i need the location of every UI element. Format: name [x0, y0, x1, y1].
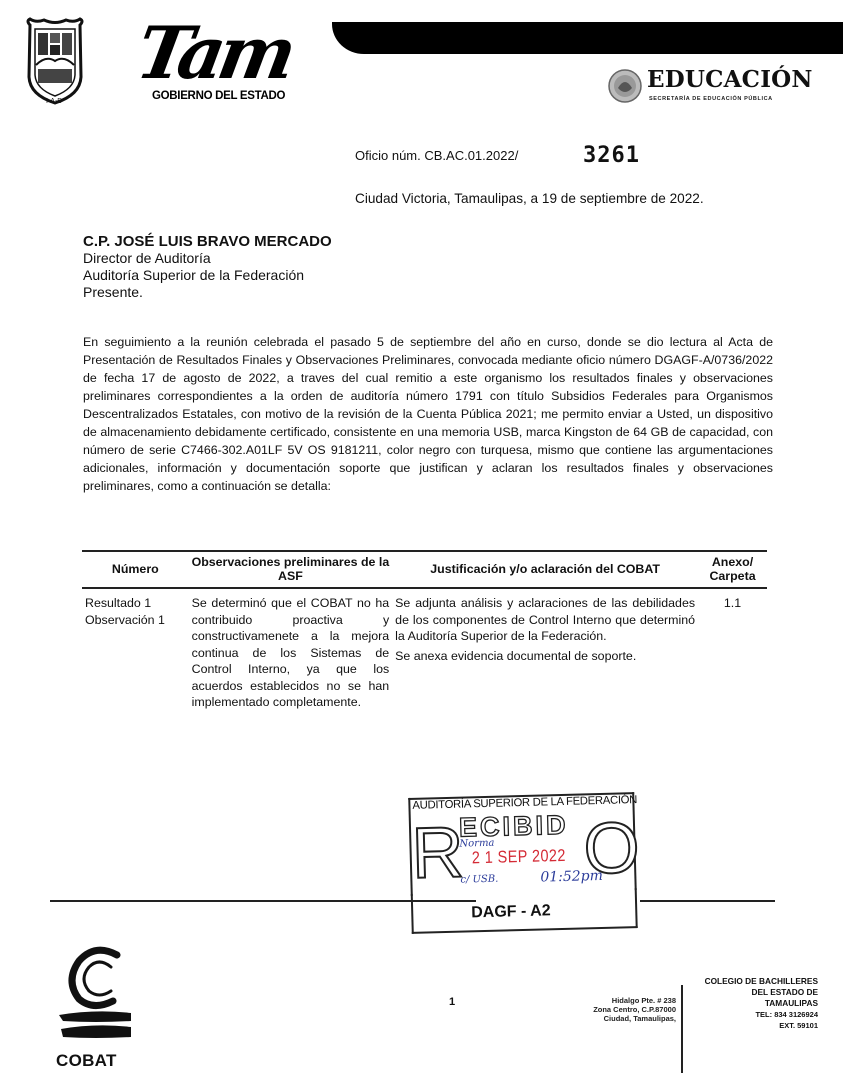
oficio-number: 3261: [583, 143, 640, 168]
justificacion-paragraph: Se anexa evidencia documental de soporte…: [395, 648, 695, 665]
cobat-logo-text: COBAT: [56, 1051, 117, 1071]
addressee-organization: Auditoría Superior de la Federación: [83, 267, 332, 284]
stamp-date: 2 1 SEP 2022: [472, 846, 567, 868]
observacion-text: Se determinó que el COBAT no ha contribu…: [192, 595, 390, 711]
column-header-observaciones: Observaciones preliminares de la ASF: [189, 551, 393, 588]
justificacion-paragraph: Se adjunta análisis y aclaraciones de la…: [395, 595, 695, 645]
cell-observacion: Se determinó que el COBAT no ha contribu…: [189, 588, 393, 711]
oficio-label: Oficio núm. CB.AC.01.2022/: [355, 148, 518, 163]
column-header-anexo: Anexo/ Carpeta: [698, 551, 767, 588]
footer-organization: COLEGIO DE BACHILLERES DEL ESTADO DE TAM…: [692, 976, 818, 1031]
stamp-handwritten-time: 01:52pm: [540, 868, 603, 886]
address-line: Zona Centro, C.P.87000: [560, 1005, 676, 1014]
observacion-label: Observación 1: [85, 612, 186, 629]
footer-extension: EXT. 59101: [692, 1020, 818, 1031]
observations-table: Número Observaciones preliminares de la …: [82, 550, 767, 711]
tamaulipas-coat-of-arms-icon: I-A-D: [24, 17, 86, 105]
stamp-handwritten-note: c/ USB.: [460, 874, 498, 886]
address-line: Ciudad, Tamaulipas,: [560, 1014, 676, 1023]
address-line: Hidalgo Pte. # 238: [560, 996, 676, 1005]
table-row: Resultado 1 Observación 1 Se determinó q…: [82, 588, 767, 711]
column-header-numero: Número: [82, 551, 189, 588]
table-header-row: Número Observaciones preliminares de la …: [82, 551, 767, 588]
salutation: Presente.: [83, 284, 332, 301]
footer-address: Hidalgo Pte. # 238 Zona Centro, C.P.8700…: [560, 996, 676, 1023]
org-name-line: TAMAULIPAS: [692, 998, 818, 1009]
addressee-block: C.P. JOSÉ LUIS BRAVO MERCADO Director de…: [83, 233, 332, 301]
cell-anexo: 1.1: [698, 588, 767, 711]
addressee-name: C.P. JOSÉ LUIS BRAVO MERCADO: [83, 233, 332, 250]
header-decorative-bar: [332, 22, 843, 54]
mexico-national-seal-icon: [608, 66, 642, 106]
svg-text:I-A-D: I-A-D: [46, 98, 62, 105]
place-and-date: Ciudad Victoria, Tamaulipas, a 19 de sep…: [355, 191, 704, 206]
footer-phone: TEL: 834 3126924: [692, 1009, 818, 1020]
column-header-justificacion: Justificación y/o aclaración del COBAT: [392, 551, 698, 588]
stamp-letter-r: R: [411, 817, 465, 890]
resultado-label: Resultado 1: [85, 595, 186, 612]
org-name-line: DEL ESTADO DE: [692, 987, 818, 998]
page-number: 1: [449, 996, 455, 1008]
org-name-line: COLEGIO DE BACHILLERES: [692, 976, 818, 987]
addressee-title: Director de Auditoría: [83, 250, 332, 267]
letter-body: En seguimiento a la reunión celebrada el…: [83, 333, 773, 495]
cobat-logo-icon: [55, 945, 135, 1045]
gobierno-tamaulipas-logo: Tam GOBIERNO DEL ESTADO: [88, 18, 308, 104]
gobierno-del-estado-label: GOBIERNO DEL ESTADO: [152, 90, 285, 102]
agency-subtitle: SECRETARÍA DE EDUCACIÓN PÚBLICA: [649, 96, 773, 102]
cell-justificacion: Se adjunta análisis y aclaraciones de la…: [392, 588, 698, 711]
footer-divider: [640, 900, 775, 902]
footer-vertical-divider: [681, 985, 683, 1073]
received-stamp: AUDITORÍA SUPERIOR DE LA FEDERACIÓN R EC…: [408, 792, 638, 936]
agency-title: EDUCACIÓN: [647, 66, 813, 93]
cell-numero: Resultado 1 Observación 1: [82, 588, 189, 711]
stamp-department: DAGF - A2: [471, 902, 551, 922]
tam-logo-word: Tam: [131, 10, 298, 95]
